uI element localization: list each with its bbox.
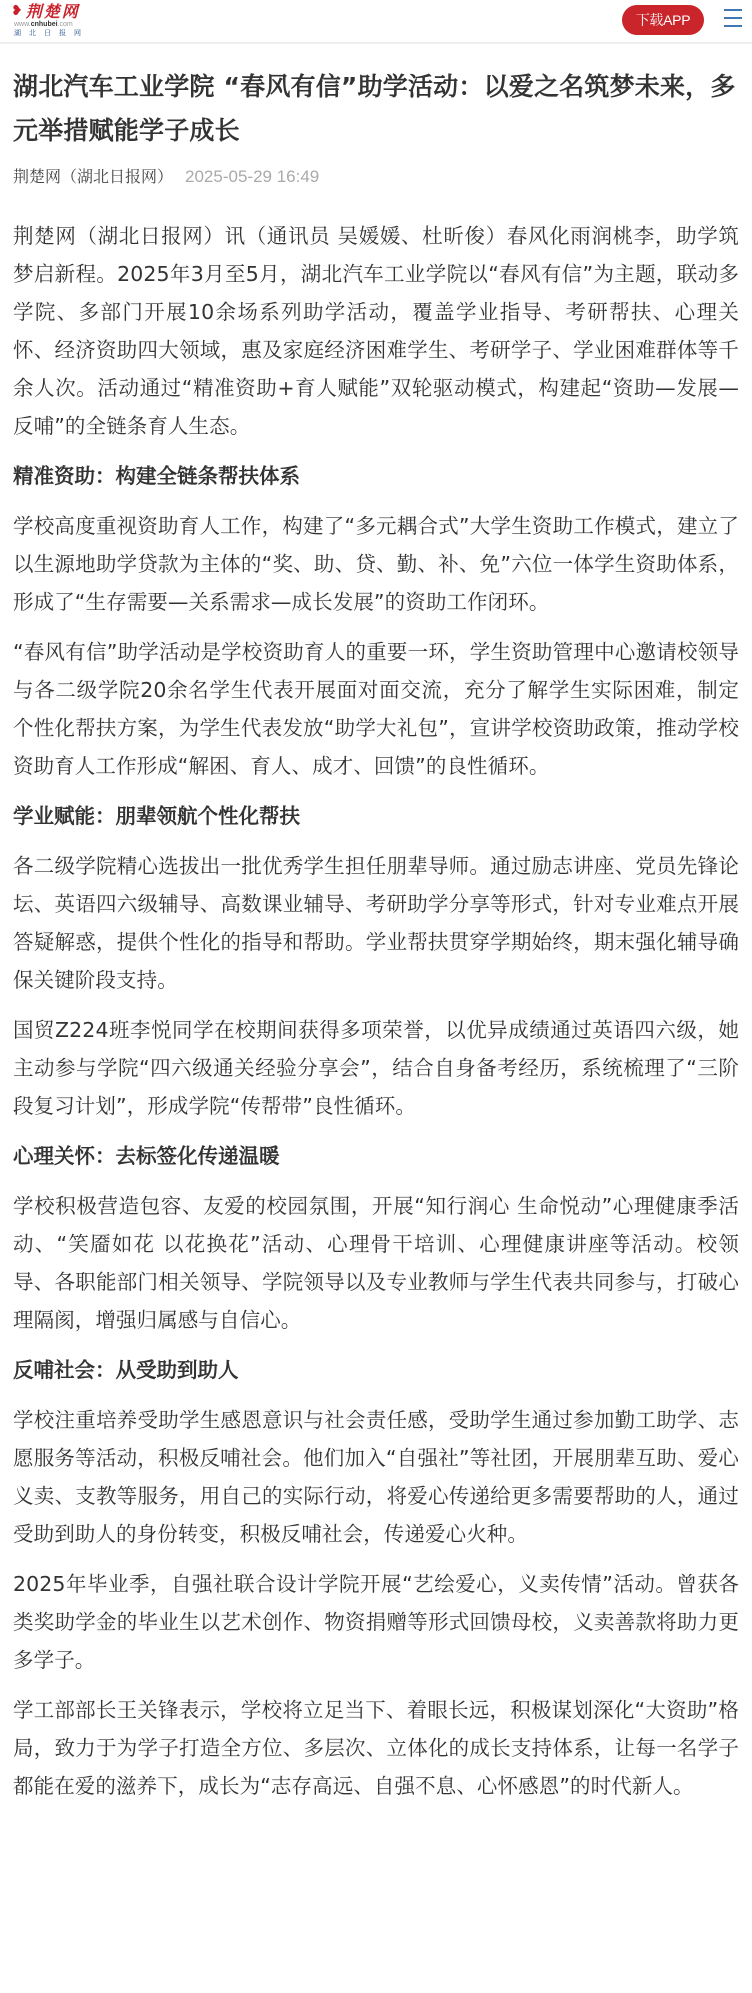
site-header: ❥ 荆楚网 www.cnhubei.com 湖北日报网 下载APP (0, 0, 752, 44)
paragraph: 学校高度重视资助育人工作，构建了“多元耦合式”大学生资助工作模式，建立了以生源地… (13, 507, 739, 621)
logo-url: www.cnhubei.com (11, 20, 101, 29)
article-meta: 荆楚网（湖北日报网） 2025-05-29 16:49 (13, 165, 739, 189)
hamburger-menu-icon[interactable] (724, 9, 742, 29)
paragraph: 学工部部长王关锋表示，学校将立足当下、着眼长远，积极谋划深化“大资助”格局，致力… (13, 1691, 739, 1805)
article-body: 荆楚网（湖北日报网）讯（通讯员 吴媛媛、杜昕俊）春风化雨润桃李，助学筑梦启新程。… (13, 217, 739, 1805)
logo-subtitle: 湖北日报网 (11, 29, 101, 38)
article-title: 湖北汽车工业学院 “春风有信”助学活动：以爱之名筑梦未来，多元举措赋能学子成长 (13, 65, 739, 153)
logo-top: ❥ 荆楚网 (11, 3, 101, 20)
article: 湖北汽车工业学院 “春风有信”助学活动：以爱之名筑梦未来，多元举措赋能学子成长 … (0, 65, 752, 1805)
section-heading: 精准资助：构建全链条帮扶体系 (13, 457, 739, 495)
paragraph: 学校注重培养受助学生感恩意识与社会责任感，受助学生通过参加勤工助学、志愿服务等活… (13, 1401, 739, 1553)
logo-name: 荆楚网 (26, 3, 80, 20)
paragraph: 各二级学院精心选拔出一批优秀学生担任朋辈导师。通过励志讲座、党员先锋论坛、英语四… (13, 847, 739, 999)
section-heading: 学业赋能：朋辈领航个性化帮扶 (13, 797, 739, 835)
paragraph: “春风有信”助学活动是学校资助育人的重要一环，学生资助管理中心邀请校领导与各二级… (13, 633, 739, 785)
article-source: 荆楚网（湖北日报网） (13, 165, 173, 189)
paragraph: 学校积极营造包容、友爱的校园氛围，开展“知行润心 生命悦动”心理健康季活动、“笑… (13, 1187, 739, 1339)
paragraph: 荆楚网（湖北日报网）讯（通讯员 吴媛媛、杜昕俊）春风化雨润桃李，助学筑梦启新程。… (13, 217, 739, 445)
site-logo[interactable]: ❥ 荆楚网 www.cnhubei.com 湖北日报网 (11, 3, 101, 39)
section-heading: 反哺社会：从受助到助人 (13, 1351, 739, 1389)
paragraph: 国贸Z224班李悦同学在校期间获得多项荣誉，以优异成绩通过英语四六级，她主动参与… (13, 1011, 739, 1125)
paragraph: 2025年毕业季，自强社联合设计学院开展“艺绘爱心，义卖传情”活动。曾获各类奖助… (13, 1565, 739, 1679)
section-heading: 心理关怀：去标签化传递温暖 (13, 1137, 739, 1175)
download-app-button[interactable]: 下载APP (622, 5, 704, 35)
logo-flame-icon: ❥ (11, 3, 23, 20)
article-datetime: 2025-05-29 16:49 (185, 165, 319, 189)
